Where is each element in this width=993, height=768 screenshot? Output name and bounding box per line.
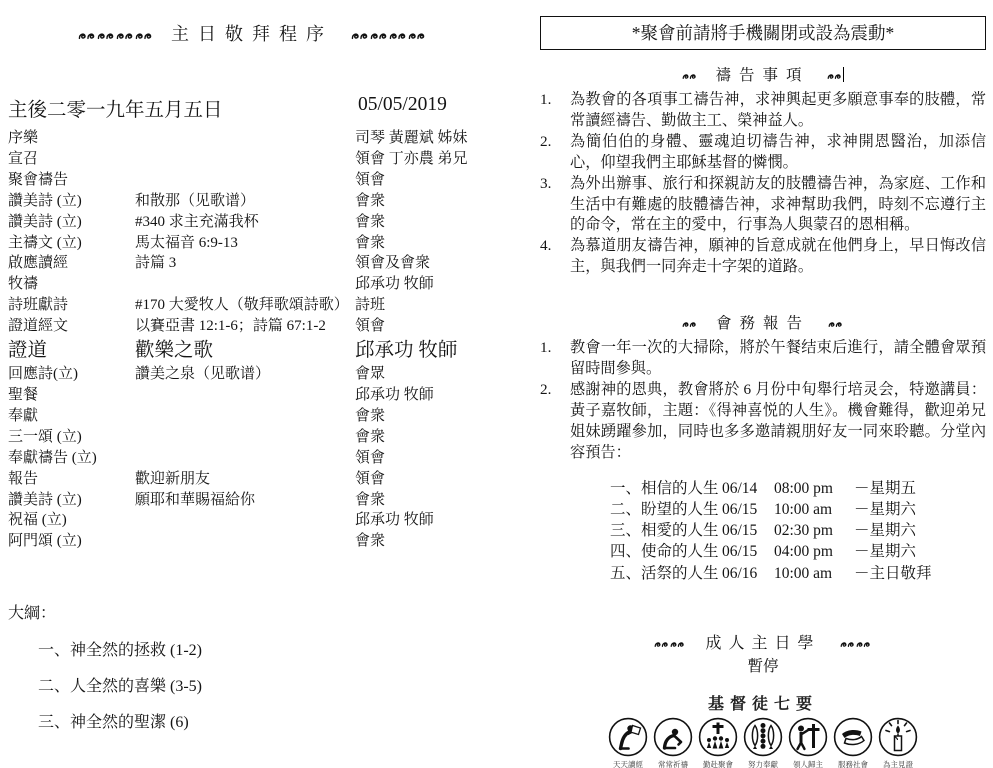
revival-meeting-schedule: 一、相信的人生 06/14 08:00 pm －星期五 二、盼望的人生 06/1… — [610, 478, 986, 584]
program-item: 聖餐 — [8, 385, 135, 406]
program-detail — [135, 149, 355, 170]
program-role: 領會 — [355, 448, 496, 469]
date-chinese: 主後二零一九年五月五日 — [8, 100, 223, 121]
program-role: 會眾 — [355, 364, 496, 385]
schedule-date: 06/14 — [722, 478, 774, 499]
schedule-title: 二、盼望的人生 — [610, 499, 722, 520]
essential-label: 服務社會 — [832, 759, 874, 768]
program-role: 邱承功 牧師 — [355, 274, 496, 295]
program-role: 邱承功 牧師 — [355, 337, 496, 364]
schedule-row: 三、相愛的人生 06/15 02:30 pm －星期六 — [610, 520, 986, 541]
program-detail: 讚美之泉（见歌谱） — [135, 364, 355, 385]
phone-notice-box: *聚會前請將手機關閉或設為震動* — [540, 16, 986, 50]
announcement-item: 2. 感謝神的恩典，教會將於 6 月份中旬舉行培灵会，特邀講員：黃子嘉牧師，主題… — [540, 380, 986, 464]
program-item: 奉獻禱告 (立) — [8, 448, 135, 469]
program-row: 奉獻 會衆 — [8, 406, 496, 427]
attend-meeting-icon — [698, 717, 738, 757]
outline-item: 一、神全然的拯救 (1-2) — [38, 641, 496, 661]
essential-label: 努力奉獻 — [742, 759, 784, 768]
program-row: 證道 歡樂之歌 邱承功 牧師 — [8, 337, 496, 364]
essential-item: 勤赴聚會 — [697, 717, 739, 768]
program-item: 報告 — [8, 469, 135, 490]
program-row: 聚會禱告 領會 — [8, 170, 496, 191]
sunday-school-status: 暫停 — [540, 654, 986, 676]
program-item: 主禱文 (立) — [8, 233, 135, 254]
schedule-day: －星期六 — [854, 499, 986, 520]
program-item: 阿門頌 (立) — [8, 531, 135, 552]
schedule-date: 06/15 — [722, 520, 774, 541]
list-item-number: 1. — [540, 90, 570, 132]
schedule-time: 04:00 pm — [774, 541, 854, 562]
list-item-number: 4. — [540, 236, 570, 278]
program-row: 報告 歡迎新朋友 領會 — [8, 469, 496, 490]
program-detail — [135, 128, 355, 149]
essential-item: 努力奉獻 — [742, 717, 784, 768]
essential-item: 服務社會 — [832, 717, 874, 768]
serve-society-icon — [833, 717, 873, 757]
schedule-time: 10:00 am — [774, 499, 854, 520]
program-detail — [135, 427, 355, 448]
schedule-date: 06/16 — [722, 563, 774, 584]
text-caret — [843, 67, 844, 82]
announcement-item: 1. 教會一年一次的大掃除，將於午餐结束后進行，請全體會眾預留時間參與。 — [540, 338, 986, 380]
schedule-date: 06/15 — [722, 499, 774, 520]
announcements-heading-text: 會務報告 — [716, 315, 810, 332]
program-role: 領會 — [355, 316, 496, 337]
program-item: 回應詩(立) — [8, 364, 135, 385]
program-detail: 以賽亞書 12:1-6；詩篇 67:1-2 — [135, 316, 355, 337]
program-detail — [135, 274, 355, 295]
outline-item: 二、人全然的喜樂 (3-5) — [38, 677, 496, 697]
program-detail — [135, 448, 355, 469]
ornament-icon — [827, 67, 843, 84]
program-row: 讚美詩 (立) 願耶和華賜福給你 會衆 — [8, 490, 496, 511]
program-role: 領會 — [355, 170, 496, 191]
bible-reading-icon — [608, 717, 648, 757]
program-detail: #340 求主充滿我杯 — [135, 212, 355, 233]
program-row: 證道經文 以賽亞書 12:1-6；詩篇 67:1-2 領會 — [8, 316, 496, 337]
program-detail — [135, 385, 355, 406]
schedule-row: 五、活祭的人生 06/16 10:00 am －主日敬拜 — [610, 563, 986, 584]
program-row: 序樂 司琴 黃麗斌 姊妹 — [8, 128, 496, 149]
prayer-heading-text: 禱告事項 — [715, 67, 809, 84]
program-role: 領會及會衆 — [355, 253, 496, 274]
ornament-icon — [654, 635, 686, 652]
schedule-title: 一、相信的人生 — [610, 478, 722, 499]
program-role: 會衆 — [355, 427, 496, 448]
list-item-text: 教會一年一次的大掃除，將於午餐结束后進行，請全體會眾預留時間參與。 — [570, 338, 986, 380]
list-item-number: 2. — [540, 380, 570, 464]
program-role: 司琴 黃麗斌 姊妹 — [355, 128, 496, 149]
schedule-title: 三、相愛的人生 — [610, 520, 722, 541]
program-item: 證道 — [8, 337, 135, 364]
schedule-title: 四、使命的人生 — [610, 541, 722, 562]
ornament-icon — [840, 635, 872, 652]
program-item: 序樂 — [8, 128, 135, 149]
program-item: 讚美詩 (立) — [8, 191, 135, 212]
program-row: 聖餐 邱承功 牧師 — [8, 385, 496, 406]
list-item-text: 感謝神的恩典，教會將於 6 月份中旬舉行培灵会，特邀講員：黃子嘉牧師，主題：《得… — [570, 380, 986, 464]
essential-label: 勤赴聚會 — [697, 759, 739, 768]
date-row: 主後二零一九年五月五日 05/05/2019 — [8, 94, 496, 122]
program-role: 會衆 — [355, 191, 496, 212]
program-detail: 詩篇 3 — [135, 253, 355, 274]
list-item-text: 為外出辦事、旅行和探親訪友的肢體禱告神，為家庭、工作和生活中有難處的肢體禱告神，… — [570, 174, 986, 237]
essential-item: 領人歸主 — [787, 717, 829, 768]
schedule-time: 10:00 am — [774, 563, 854, 584]
sunday-school-heading-text: 成人主日學 — [705, 635, 820, 652]
list-item-text: 為教會的各項事工禱告神，求神興起更多願意事奉的肢體，常常讀經禱告、勤做主工、榮神… — [570, 90, 986, 132]
essential-item: 常常祈禱 — [652, 717, 694, 768]
program-item: 證道經文 — [8, 316, 135, 337]
program-row: 三一頌 (立) 會衆 — [8, 427, 496, 448]
essential-label: 為主見證 — [877, 759, 919, 768]
seven-essentials-heading: 基督徒七要 — [540, 691, 986, 714]
schedule-date: 06/15 — [722, 541, 774, 562]
ornament-icon — [682, 315, 698, 332]
program-detail: #170 大愛牧人（敬拜歌頌詩歌） — [135, 295, 355, 316]
schedule-row: 二、盼望的人生 06/15 10:00 am －星期六 — [610, 499, 986, 520]
program-row: 回應詩(立) 讚美之泉（见歌谱） 會眾 — [8, 364, 496, 385]
adult-sunday-school-heading: 成人主日學 — [540, 630, 986, 653]
program-row: 牧禱 邱承功 牧師 — [8, 274, 496, 295]
essential-label: 領人歸主 — [787, 759, 829, 768]
program-item: 牧禱 — [8, 274, 135, 295]
program-detail: 馬太福音 6:9-13 — [135, 233, 355, 254]
schedule-time: 08:00 pm — [774, 478, 854, 499]
seven-essentials-row: 天天讀經 常常祈禱 — [540, 717, 986, 768]
prayer-item: 4. 為慕道朋友禱告神，願神的旨意成就在他們身上，早日悔改信主，與我們一同奔走十… — [540, 236, 986, 278]
announcements-heading: 會務報告 — [540, 311, 986, 333]
program-role: 會衆 — [355, 212, 496, 233]
list-item-number: 2. — [540, 132, 570, 174]
program-row: 主禱文 (立) 馬太福音 6:9-13 會衆 — [8, 233, 496, 254]
program-detail — [135, 406, 355, 427]
program-row: 讚美詩 (立) 和散那（见歌谱） 會衆 — [8, 191, 496, 212]
program-role: 邱承功 牧師 — [355, 510, 496, 531]
bulletin-sheet: 主日敬拜程序 主後二零一九年五月五日 05/05/2019 序樂 司琴 黃麗斌 … — [0, 0, 993, 768]
program-item: 啟應讀經 — [8, 253, 135, 274]
program-role: 會衆 — [355, 531, 496, 552]
prayer-list: 1. 為教會的各項事工禱告神，求神興起更多願意事奉的肢體，常常讀經禱告、勤做主工… — [540, 90, 986, 278]
program-detail: 和散那（见歌谱） — [135, 191, 355, 212]
outline-heading: 大綱： — [8, 600, 496, 623]
list-item-number: 1. — [540, 338, 570, 380]
program-detail — [135, 170, 355, 191]
outline-item: 三、神全然的聖潔 (6) — [38, 713, 496, 733]
program-row: 阿門頌 (立) 會衆 — [8, 531, 496, 552]
program-item: 詩班獻詩 — [8, 295, 135, 316]
program-row: 讚美詩 (立) #340 求主充滿我杯 會衆 — [8, 212, 496, 233]
ornament-icon — [351, 24, 427, 44]
program-detail: 歡樂之歌 — [135, 337, 355, 364]
program-role: 詩班 — [355, 295, 496, 316]
list-item-text: 為慕道朋友禱告神，願神的旨意成就在他們身上，早日悔改信主，與我們一同奔走十字架的… — [570, 236, 986, 278]
program-list: 序樂 司琴 黃麗斌 姊妹 宣召 領會 丁亦農 弟兄 聚會禱告 領會 — [8, 128, 496, 552]
list-item-number: 3. — [540, 174, 570, 237]
schedule-day: －星期六 — [854, 520, 986, 541]
program-role: 領會 — [355, 469, 496, 490]
program-row: 奉獻禱告 (立) 領會 — [8, 448, 496, 469]
schedule-row: 四、使命的人生 06/15 04:00 pm －星期六 — [610, 541, 986, 562]
offering-icon — [743, 717, 783, 757]
prayer-section-heading: 禱告事項 — [540, 63, 986, 85]
schedule-day: －星期六 — [854, 541, 986, 562]
evangelism-icon — [788, 717, 828, 757]
program-role: 領會 丁亦農 弟兄 — [355, 149, 496, 170]
schedule-time: 02:30 pm — [774, 520, 854, 541]
program-row: 祝福 (立) 邱承功 牧師 — [8, 510, 496, 531]
program-item: 讚美詩 (立) — [8, 212, 135, 233]
essential-label: 常常祈禱 — [652, 759, 694, 768]
program-row: 啟應讀經 詩篇 3 領會及會衆 — [8, 253, 496, 274]
essential-item: 為主見證 — [877, 717, 919, 768]
prayer-item: 3. 為外出辦事、旅行和探親訪友的肢體禱告神，為家庭、工作和生活中有難處的肢體禱… — [540, 174, 986, 237]
program-role: 會衆 — [355, 233, 496, 254]
program-detail — [135, 510, 355, 531]
ornament-icon — [78, 24, 154, 44]
outline-list: 一、神全然的拯救 (1-2) 二、人全然的喜樂 (3-5) 三、神全然的聖潔 (… — [8, 641, 496, 733]
program-row: 宣召 領會 丁亦農 弟兄 — [8, 149, 496, 170]
program-role: 會衆 — [355, 406, 496, 427]
essential-item: 天天讀經 — [607, 717, 649, 768]
announcements-list: 1. 教會一年一次的大掃除，將於午餐结束后進行，請全體會眾預留時間參與。 2. … — [540, 338, 986, 463]
program-item: 宣召 — [8, 149, 135, 170]
sermon-outline: 大綱： 一、神全然的拯救 (1-2) 二、人全然的喜樂 (3-5) 三、神全然的… — [8, 600, 496, 733]
witness-icon — [878, 717, 918, 757]
ornament-icon — [682, 67, 698, 84]
schedule-row: 一、相信的人生 06/14 08:00 pm －星期五 — [610, 478, 986, 499]
program-detail — [135, 531, 355, 552]
program-role: 會衆 — [355, 490, 496, 511]
date-numeric: 05/05/2019 — [358, 94, 447, 116]
page-right: *聚會前請將手機關閉或設為震動* 禱告事項 1. 為教會的各項事工禱告神，求神興… — [540, 0, 986, 768]
program-item: 三一頌 (立) — [8, 427, 135, 448]
ornament-icon — [828, 315, 844, 332]
worship-title-row: 主日敬拜程序 — [8, 20, 496, 46]
page-title: 主日敬拜程序 — [171, 24, 333, 44]
program-role: 邱承功 牧師 — [355, 385, 496, 406]
schedule-title: 五、活祭的人生 — [610, 563, 722, 584]
program-item: 聚會禱告 — [8, 170, 135, 191]
program-detail: 願耶和華賜福給你 — [135, 490, 355, 511]
prayer-icon — [653, 717, 693, 757]
program-item: 祝福 (立) — [8, 510, 135, 531]
page-left: 主日敬拜程序 主後二零一九年五月五日 05/05/2019 序樂 司琴 黃麗斌 … — [8, 0, 496, 768]
list-item-text: 為簡伯伯的身體、靈魂迫切禱告神，求神開恩醫治，加添信心，仰望我們主耶穌基督的憐憫… — [570, 132, 986, 174]
schedule-day: －主日敬拜 — [854, 563, 986, 584]
program-detail: 歡迎新朋友 — [135, 469, 355, 490]
prayer-item: 2. 為簡伯伯的身體、靈魂迫切禱告神，求神開恩醫治，加添信心，仰望我們主耶穌基督… — [540, 132, 986, 174]
program-item: 讚美詩 (立) — [8, 490, 135, 511]
program-row: 詩班獻詩 #170 大愛牧人（敬拜歌頌詩歌） 詩班 — [8, 295, 496, 316]
prayer-item: 1. 為教會的各項事工禱告神，求神興起更多願意事奉的肢體，常常讀經禱告、勤做主工… — [540, 90, 986, 132]
essential-label: 天天讀經 — [607, 759, 649, 768]
program-item: 奉獻 — [8, 406, 135, 427]
schedule-day: －星期五 — [854, 478, 986, 499]
